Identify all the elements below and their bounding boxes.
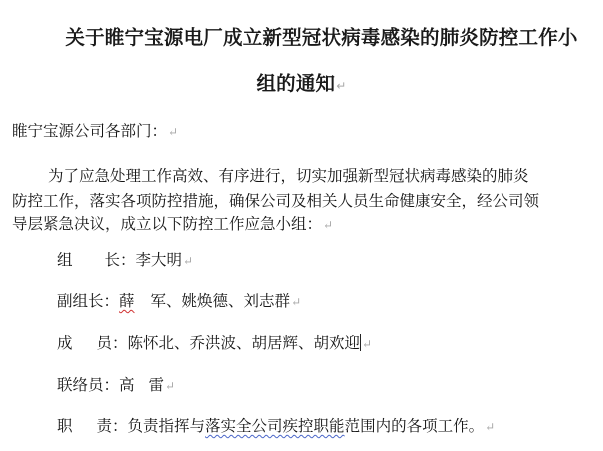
document-title-line1: 关于睢宁宝源电厂成立新型冠状病毒感染的肺炎防控工作小 — [20, 22, 603, 50]
leader-label-b: 长： — [105, 251, 136, 269]
roster-members: 成员：陈怀北、乔洪波、胡居辉、胡欢迎↵ — [57, 331, 372, 353]
members-label-a: 成 — [57, 334, 73, 352]
paragraph-mark-icon: ↵ — [291, 295, 301, 309]
paragraph-mark-icon: ↵ — [183, 254, 193, 268]
roster-leader: 组长：李大明↵ — [57, 248, 193, 270]
text-cursor — [360, 334, 361, 351]
paragraph-mark-icon: ↵ — [323, 218, 333, 232]
leader-value: 李大明 — [136, 251, 183, 269]
deputy-rest: 、姚焕德、刘志群 — [166, 292, 290, 310]
duty-pre: 负责指挥与 — [128, 417, 206, 435]
duty-label-b: 责： — [97, 417, 128, 435]
body-line-3: 导层紧急决议，成立以下防控工作应急小组：↵ — [12, 212, 333, 234]
paragraph-mark-icon: ↵ — [165, 379, 175, 393]
roster-duty: 职责：负责指挥与落实全公司疾控职能范围内的各项工作。↵ — [57, 414, 495, 436]
duty-post: 范围内的各项工作。 — [345, 417, 485, 435]
paragraph-mark-icon: ↵ — [336, 79, 346, 93]
title-text-1: 关于睢宁宝源电厂成立新型冠状病毒感染的肺炎防控工作小 — [65, 26, 577, 49]
roster-deputy: 副组长：薛军、姚焕德、刘志群↵ — [57, 289, 301, 311]
deputy-name1b: 军 — [151, 292, 167, 310]
paragraph-mark-icon: ↵ — [168, 125, 178, 139]
salutation: 睢宁宝源公司各部门：↵ — [12, 119, 178, 141]
roster-liaison: 联络员：高雷↵ — [57, 373, 175, 395]
paragraph-mark-icon: ↵ — [485, 420, 495, 434]
paragraph-mark-icon: ↵ — [362, 337, 372, 351]
body-line-1: 为了应急处理工作高效、有序进行，切实加强新型冠状病毒感染的肺炎 — [48, 164, 529, 186]
liaison-label: 联络员： — [57, 376, 119, 394]
leader-label-a: 组 — [57, 251, 73, 269]
salutation-text: 睢宁宝源公司各部门： — [12, 122, 167, 140]
body-line-2: 防控工作，落实各项防控措施，确保公司及相关人员生命健康安全，经公司领 — [12, 189, 539, 211]
body-line-3-text: 导层紧急决议，成立以下防控工作应急小组： — [12, 215, 322, 233]
liaison-name-a: 高 — [119, 376, 135, 394]
grammar-flag-phrase[interactable]: 落实全公司疾控职能 — [205, 417, 345, 435]
members-value: 陈怀北、乔洪波、胡居辉、胡欢迎 — [128, 334, 361, 352]
title-text-2: 组的通知 — [256, 72, 335, 95]
duty-label-a: 职 — [57, 417, 73, 435]
members-label-b: 员： — [97, 334, 128, 352]
liaison-name-b: 雷 — [149, 376, 165, 394]
spell-error-word[interactable]: 薛 — [119, 292, 135, 310]
document-page[interactable]: 关于睢宁宝源电厂成立新型冠状病毒感染的肺炎防控工作小 组的通知↵ 睢宁宝源公司各… — [0, 0, 603, 451]
deputy-label: 副组长： — [57, 292, 119, 310]
document-title-line2: 组的通知↵ — [0, 68, 603, 96]
